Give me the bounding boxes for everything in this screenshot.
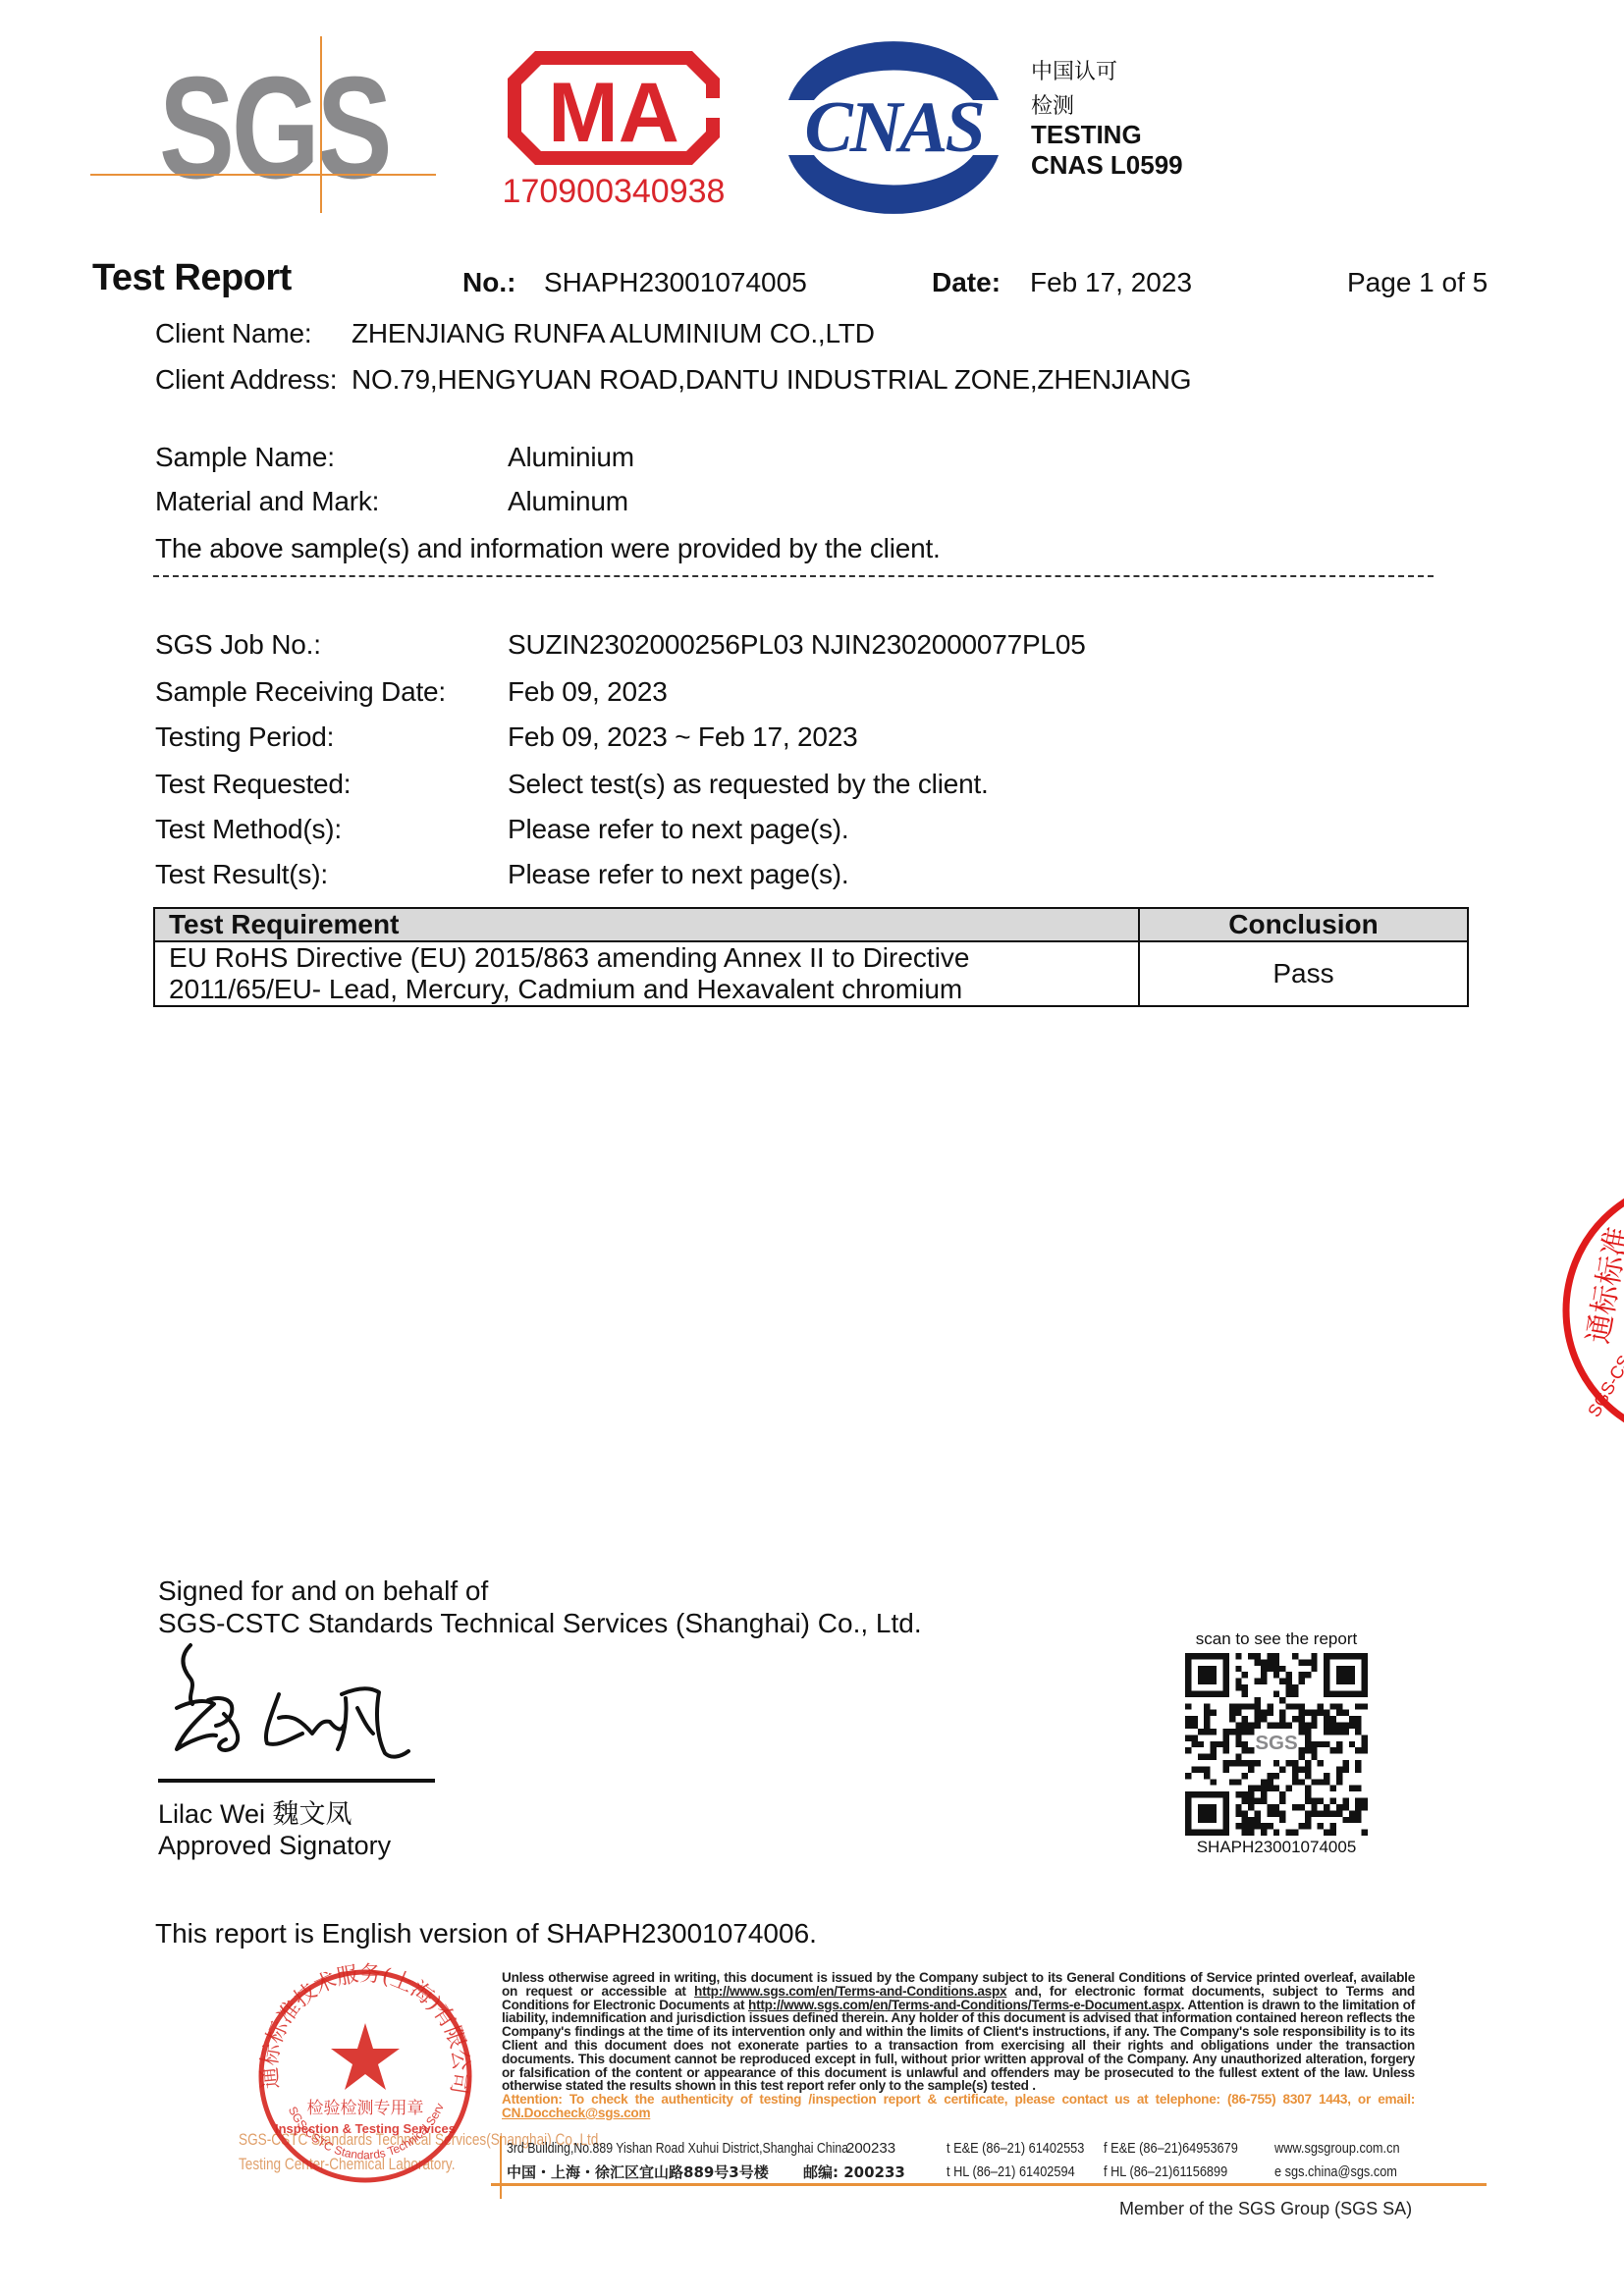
- sample-name-value: Aluminium: [508, 442, 634, 473]
- e-document-terms-link[interactable]: http://www.sgs.com/en/Terms-and-Conditio…: [748, 1998, 1181, 2012]
- header-test-requirement: Test Requirement: [154, 908, 1139, 941]
- stamp-seal-icon: 通标标准技术服务(上海)有限公司 检验检测专用章 Inspection & Te…: [247, 1958, 483, 2194]
- testing-period-label: Testing Period:: [155, 721, 334, 753]
- report-no-label: No.:: [462, 267, 515, 298]
- results-table: Test Requirement Conclusion EU RoHS Dire…: [153, 907, 1469, 1007]
- english-version-note: This report is English version of SHAPH2…: [155, 1918, 817, 1949]
- footer-postcode-en: 200233: [846, 2140, 895, 2157]
- qr-caption: scan to see the report: [1185, 1629, 1368, 1649]
- receiving-date-label: Sample Receiving Date:: [155, 676, 446, 708]
- authenticity-text: Attention: To check the authenticity of …: [502, 2092, 1415, 2107]
- footer-tel-ee: t E&E (86–21) 61402553: [947, 2140, 1084, 2157]
- conclusion-cell: Pass: [1139, 941, 1468, 1006]
- test-methods-label: Test Method(s):: [155, 814, 342, 845]
- material-label: Material and Mark:: [155, 486, 379, 517]
- footer-email[interactable]: e sgs.china@sgs.com: [1274, 2163, 1397, 2180]
- signature-icon: [169, 1639, 444, 1767]
- footer-tel-hl: t HL (86–21) 61402594: [947, 2163, 1075, 2180]
- signed-on-behalf: Signed for and on behalf of: [158, 1575, 488, 1607]
- header-conclusion: Conclusion: [1139, 908, 1468, 941]
- client-address-value: NO.79,HENGYUAN ROAD,DANTU INDUSTRIAL ZON…: [352, 364, 1191, 396]
- client-address-label: Client Address:: [155, 364, 337, 396]
- footer-website[interactable]: www.sgsgroup.com.cn: [1274, 2140, 1400, 2157]
- footer-address-cn: 中国・上海・徐汇区宜山路889号3号楼: [507, 2162, 769, 2182]
- section-divider: [153, 575, 1434, 577]
- footer-orange-vertical-line: [500, 2136, 502, 2199]
- sample-name-label: Sample Name:: [155, 442, 335, 473]
- cnas-info-number: CNAS L0599: [1031, 150, 1183, 181]
- footer-orange-line: [491, 2183, 1487, 2186]
- stamp-seal-icon: 通标标准 SGS-CS: [1558, 1173, 1624, 1448]
- material-value: Aluminum: [508, 486, 628, 517]
- svg-text:MA: MA: [548, 66, 679, 160]
- inspection-stamp: 通标标准技术服务(上海)有限公司 检验检测专用章 Inspection & Te…: [247, 1958, 483, 2194]
- cma-number: 170900340938: [496, 173, 731, 211]
- qr-code-icon: SGS: [1185, 1653, 1368, 1836]
- signing-company: SGS-CSTC Standards Technical Services (S…: [158, 1608, 922, 1639]
- client-name-label: Client Name:: [155, 318, 311, 349]
- receiving-date-value: Feb 09, 2023: [508, 676, 668, 708]
- sample-provided-note: The above sample(s) and information were…: [155, 533, 941, 564]
- test-results-value: Please refer to next page(s).: [508, 859, 849, 890]
- signature-line: [158, 1779, 435, 1783]
- test-methods-value: Please refer to next page(s).: [508, 814, 849, 845]
- requirement-line: EU RoHS Directive (EU) 2015/863 amending…: [169, 942, 1124, 974]
- cnas-info-testing: TESTING: [1031, 120, 1142, 150]
- cma-logo: MA 170900340938: [496, 39, 731, 216]
- svg-text:SGS: SGS: [1255, 1732, 1297, 1754]
- test-results-label: Test Result(s):: [155, 859, 328, 890]
- sgs-group-membership: Member of the SGS Group (SGS SA): [1119, 2199, 1412, 2219]
- legal-disclaimer: Unless otherwise agreed in writing, this…: [502, 1971, 1415, 2120]
- sgs-logo: SGS: [90, 36, 436, 213]
- cnas-info-cn-line1: 中国认可: [1031, 55, 1117, 85]
- cnas-logo: CNAS: [771, 39, 1016, 216]
- sgs-logo-text: SGS: [159, 56, 389, 201]
- signatory-name: Lilac Wei 魏文凤: [158, 1792, 352, 1831]
- edge-company-stamp: 通标标准 SGS-CS: [1558, 1173, 1624, 1448]
- requirement-line: 2011/65/EU- Lead, Mercury, Cadmium and H…: [169, 974, 1124, 1005]
- report-title: Test Report: [92, 257, 292, 299]
- qr-report-id: SHAPH23001074005: [1185, 1838, 1368, 1857]
- logo-orange-vertical-line: [320, 36, 322, 213]
- qr-code[interactable]: SGS: [1185, 1653, 1368, 1836]
- job-no-value: SUZIN2302000256PL03 NJIN2302000077PL05: [508, 629, 1086, 661]
- footer-address-en: 3rd Building,No.889 Yishan Road Xuhui Di…: [507, 2140, 848, 2157]
- test-requested-value: Select test(s) as requested by the clien…: [508, 769, 989, 800]
- terms-link[interactable]: http://www.sgs.com/en/Terms-and-Conditio…: [694, 1984, 1006, 1999]
- report-date-value: Feb 17, 2023: [1030, 267, 1192, 298]
- cnas-emblem-icon: CNAS: [771, 39, 1016, 216]
- report-no-value: SHAPH23001074005: [544, 267, 807, 298]
- svg-text:检验检测专用章: 检验检测专用章: [307, 2098, 424, 2118]
- footer-fax-ee: f E&E (86–21)64953679: [1104, 2140, 1238, 2157]
- signatory-role: Approved Signatory: [158, 1831, 391, 1861]
- report-date-label: Date:: [932, 267, 1001, 298]
- test-requested-label: Test Requested:: [155, 769, 351, 800]
- job-no-label: SGS Job No.:: [155, 629, 321, 661]
- svg-text:CNAS: CNAS: [804, 87, 983, 168]
- logo-orange-horizontal-line: [90, 174, 436, 176]
- requirement-cell: EU RoHS Directive (EU) 2015/863 amending…: [154, 941, 1139, 1006]
- cnas-info-cn-line2: 检测: [1031, 89, 1074, 120]
- cma-emblem-icon: MA: [496, 39, 731, 177]
- testing-period-value: Feb 09, 2023 ~ Feb 17, 2023: [508, 721, 858, 753]
- table-row: EU RoHS Directive (EU) 2015/863 amending…: [154, 941, 1468, 1006]
- handwritten-signature: [169, 1639, 444, 1767]
- doccheck-email-link[interactable]: CN.Doccheck@sgs.com: [502, 2106, 650, 2120]
- page-indicator: Page 1 of 5: [1347, 267, 1488, 298]
- footer-fax-hl: f HL (86–21)61156899: [1104, 2163, 1227, 2180]
- authenticity-notice: Attention: To check the authenticity of …: [502, 2092, 1415, 2120]
- client-name-value: ZHENJIANG RUNFA ALUMINIUM CO.,LTD: [352, 318, 875, 349]
- disclaimer-text: . Attention is drawn to the limitation o…: [502, 1998, 1415, 2094]
- table-header-row: Test Requirement Conclusion: [154, 908, 1468, 941]
- footer-postcode-cn: 邮编: 200233: [803, 2162, 905, 2182]
